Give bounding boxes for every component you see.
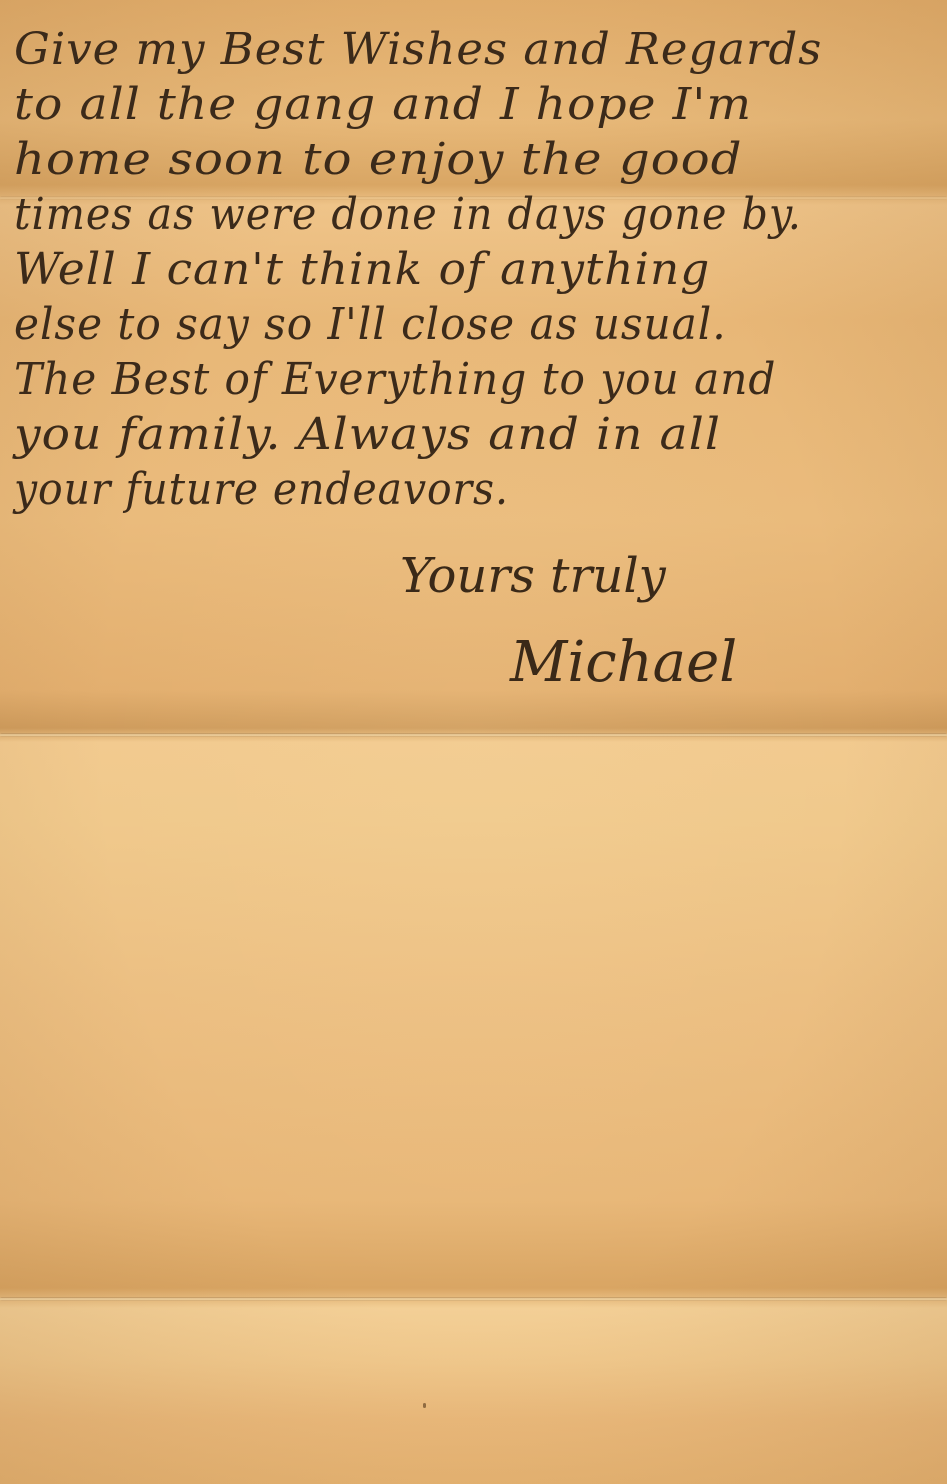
letter-line-6: else to say so I'll close as usual. — [14, 297, 897, 352]
fold-crease-bottom — [0, 1297, 947, 1301]
letter-line-2: to all the gang and I hope I'm — [14, 77, 947, 132]
letter-body: Give my Best Wishes and Regards to all t… — [14, 22, 934, 517]
letter-line-8: you family. Always and in all — [14, 407, 947, 462]
letter-line-1: Give my Best Wishes and Regards — [14, 22, 947, 77]
letter-line-3: home soon to enjoy the good — [14, 132, 947, 187]
letter-line-5: Well I can't think of anything — [14, 242, 947, 297]
paper-speck — [423, 1403, 426, 1408]
letter-line-4: times as were done in days gone by. — [14, 187, 879, 242]
valediction: Yours truly — [400, 548, 666, 604]
fold-crease-middle — [0, 733, 947, 737]
signature: Michael — [510, 630, 737, 695]
letter-line-7: The Best of Everything to you and — [14, 352, 897, 407]
letter-line-9: your future endeavors. — [14, 462, 870, 517]
